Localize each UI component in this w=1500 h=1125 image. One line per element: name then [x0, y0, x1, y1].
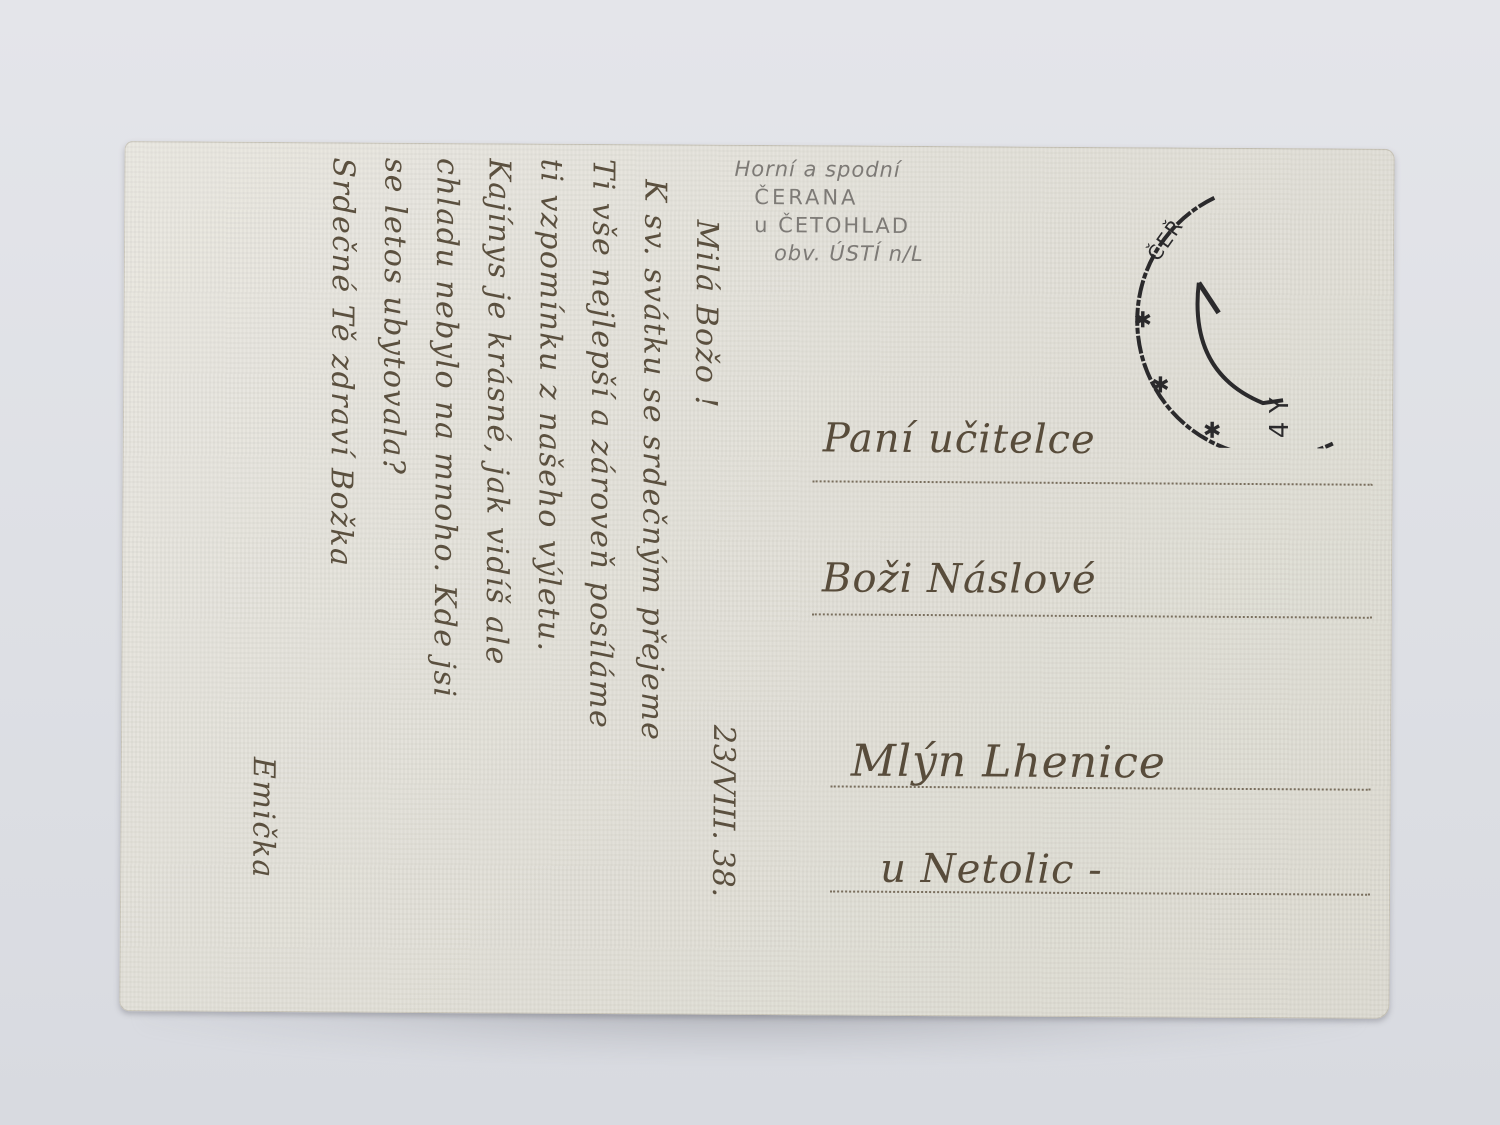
pencil-line: Horní a spodní — [734, 155, 1074, 185]
letter-salutation: Milá Božo ! — [688, 220, 724, 410]
address-recipient-name: Boži Náslové — [822, 555, 1097, 603]
address-dotted-line — [830, 890, 1370, 895]
address-place: Mlýn Lhenice — [851, 736, 1166, 789]
address-recipient-title: Paní učitelce — [823, 415, 1096, 463]
letter-line: Kajínys je krásné, jak vidíš ale — [478, 158, 516, 666]
svg-text:4 Y: 4 Y — [1265, 397, 1295, 438]
letter-signature: Emička — [245, 757, 281, 879]
letter-line: ti vzpomínku z našeho výletu. — [531, 159, 569, 653]
letter-line: Ti vše nejlepší a zároveň posíláme — [582, 159, 620, 729]
address-dotted-line — [831, 785, 1371, 790]
pencil-line: ČERANA — [754, 183, 1074, 213]
address-town: u Netolic - — [880, 846, 1103, 893]
letter-body: Milá Božo ! K sv. svátku se srdečným pře… — [230, 157, 725, 980]
pencil-annotation: Horní a spodní ČERANA u ČETOHLAD obv. ÚS… — [734, 155, 1075, 269]
letter-line: K sv. svátku se srdečným přejeme — [634, 179, 672, 741]
pencil-line: u ČETOHLAD — [754, 211, 1074, 241]
postmark-circle-icon: ✱ ✱ ✱ 4 Y — [1093, 187, 1355, 449]
postcard: Horní a spodní ČERANA u ČETOHLAD obv. ÚS… — [119, 141, 1394, 1019]
postmark-stamp: ✱ ✱ ✱ 4 Y ČEŘ — [1093, 187, 1355, 449]
letter-date: 23/VIII. 38. — [705, 725, 741, 897]
letter-line: chladu nebylo na mnoho. Kde jsi — [426, 158, 464, 699]
svg-text:✱: ✱ — [1151, 373, 1170, 398]
address-dotted-line — [813, 480, 1373, 485]
letter-line: Srdečné Tě zdraví Božka — [323, 157, 361, 567]
pencil-line: obv. ÚSTÍ n/L — [774, 239, 1074, 269]
address-dotted-line — [812, 613, 1372, 618]
svg-text:✱: ✱ — [1203, 419, 1222, 444]
svg-text:✱: ✱ — [1134, 308, 1153, 333]
letter-line: se letos ubytovala? — [376, 158, 413, 476]
